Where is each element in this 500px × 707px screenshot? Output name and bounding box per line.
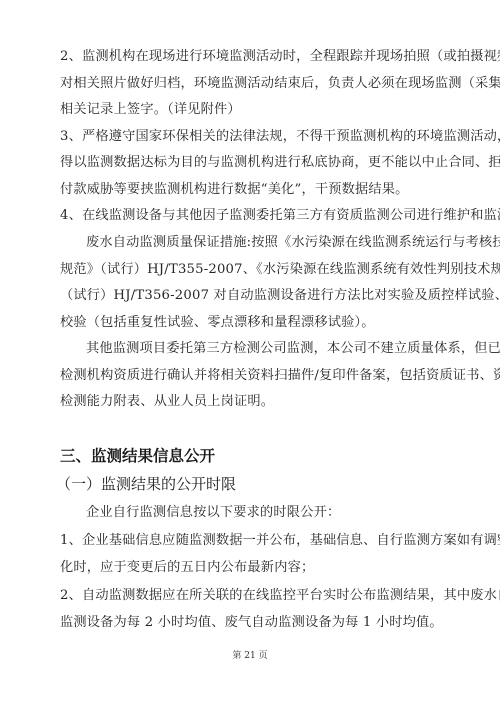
item-1-line-2: 化时，应于变更后的五日内公布最新内容； — [60, 559, 460, 577]
paragraph-2-line-3: 相关记录上签字。（详见附件） — [60, 101, 460, 119]
item-2-line-1: 2、自动监测数据应在所关联的在线监控平台实时公布监测结果，其中废水自动 — [60, 587, 460, 605]
paragraph-2-line-1: 2、监测机构在现场进行环境监测活动时，全程跟踪并现场拍照（或拍摄视频）， — [60, 48, 460, 66]
item-1-line-1: 1、企业基础信息应随监测数据一并公布，基础信息、自行监测方案如有调整变 — [60, 532, 460, 550]
other-monitoring-paragraph-line-3: 检测能力附表、从业人员上岗证明。 — [60, 393, 460, 411]
subsection-1-heading: （一）监测结果的公开时限 — [56, 473, 236, 494]
other-monitoring-paragraph-line-2: 检测机构资质进行确认并将相关资料扫描件/复印件备案，包括资质证书、资质 — [60, 367, 460, 385]
paragraph-3-line-3: 付款威胁等要挟监测机构进行数据“美化”，干预数据结果。 — [60, 181, 460, 199]
paragraph-4-line-1: 4、在线监测设备与其他因子监测委托第三方有资质监测公司进行维护和监测。 — [60, 207, 460, 225]
wastewater-paragraph-line-4: 校验（包括重复性试验、零点漂移和量程漂移试验）。 — [60, 314, 460, 332]
wastewater-paragraph-line-1: 废水自动监测质量保证措施:按照《水污染源在线监测系统运行与考核技术 — [86, 234, 486, 252]
paragraph-2-line-2: 对相关照片做好归档，环境监测活动结束后，负责人必须在现场监测（采集） — [60, 75, 460, 93]
disclosure-intro: 企业自行监测信息按以下要求的时限公开： — [86, 504, 486, 522]
paragraph-3-line-1: 3、严格遵守国家环保相关的法律法规，不得干预监测机构的环境监测活动，不 — [60, 128, 460, 146]
document-page: 2、监测机构在现场进行环境监测活动时，全程跟踪并现场拍照（或拍摄视频）， 对相关… — [0, 0, 500, 707]
wastewater-paragraph-line-3: （试行）HJ/T356-2007 对自动监测设备进行方法比对实验及质控样试验、现… — [60, 287, 460, 305]
paragraph-3-line-2: 得以监测数据达标为目的与监测机构进行私底协商，更不能以中止合同、拒绝 — [60, 154, 460, 172]
wastewater-paragraph-line-2: 规范》（试行）HJ/T355-2007、《水污染源在线监测系统有效性判别技术规范… — [60, 261, 460, 279]
other-monitoring-paragraph-line-1: 其他监测项目委托第三方检测公司监测，本公司不建立质量体系，但已对 — [86, 340, 486, 358]
section-3-heading: 三、监测结果信息公开 — [60, 444, 215, 466]
item-2-line-2: 监测设备为每 2 小时均值、废气自动监测设备为每 1 小时均值。 — [60, 614, 460, 632]
page-number: 第 21 页 — [0, 648, 500, 661]
